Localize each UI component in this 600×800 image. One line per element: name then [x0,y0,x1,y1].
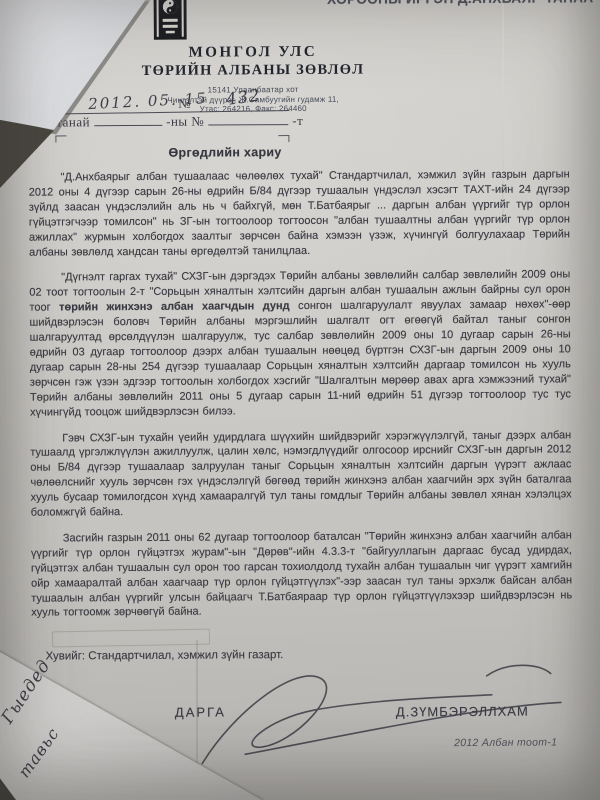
soyombo-emblem-icon [154,0,187,45]
address-window-bracket-left [55,135,66,142]
paragraph-2-post: сонгон шалгаруулалт явуулах замаар нөхөх… [29,299,571,419]
letter-body: "Д.Анхбаярыг албан тушаалаас чөлөөлөх ту… [29,167,573,632]
address-window-bracket-right [278,135,289,142]
photo-background: ХОРООНЫ ИРГЭН Д.АНХБАЯР ТАНАА МОНГОЛ УЛС [0,0,600,800]
body-paragraph-1: "Д.Анхбаярыг албан тушаалаас чөлөөлөх ту… [29,167,571,260]
blank-line [208,114,288,125]
reference-date-line: 2012. 05. 15 № 432 [56,89,289,114]
reference-your-number-line: танай-ны №-т [56,113,303,131]
body-paragraph-3: Гэвч СХЗГ-ын тухайн үеийн удирдлага шүүх… [30,428,572,521]
document-paper: ХОРООНЫ ИРГЭН Д.АНХБАЯР ТАНАА МОНГОЛ УЛС [0,0,600,800]
subject-line: Өргөдлийн хариу [168,145,281,160]
your-number-suffix: -т [292,113,303,128]
paragraph-2-bold: төрийн жинхэнэ албан хаагчдын дунд [59,300,290,313]
letterhead-country: МОНГОЛ УЛС [118,43,388,62]
handwritten-number: 432 [225,85,262,109]
body-paragraph-2: "Дүгнэлт гаргах тухай" СХЗГ-ын дэргэдэх … [29,268,571,420]
recipient-line: ХОРООНЫ ИРГЭН Д.АНХБАЯР ТАНАА [274,0,594,7]
body-paragraph-4: Засгийн газрын 2011 оны 62 дугаар тогтоо… [31,528,573,621]
your-number-mid: -ны № [166,114,204,129]
signature-scribble [147,646,568,774]
blank-line [94,115,162,126]
numero-sign: № [178,96,191,112]
letterhead-organization: ТӨРИЙН АЛБАНЫ ЗӨВЛӨЛ [118,61,388,80]
letter-content: ХОРООНЫ ИРГЭН Д.АНХБАЯР ТАНАА МОНГОЛ УЛС [0,0,600,800]
